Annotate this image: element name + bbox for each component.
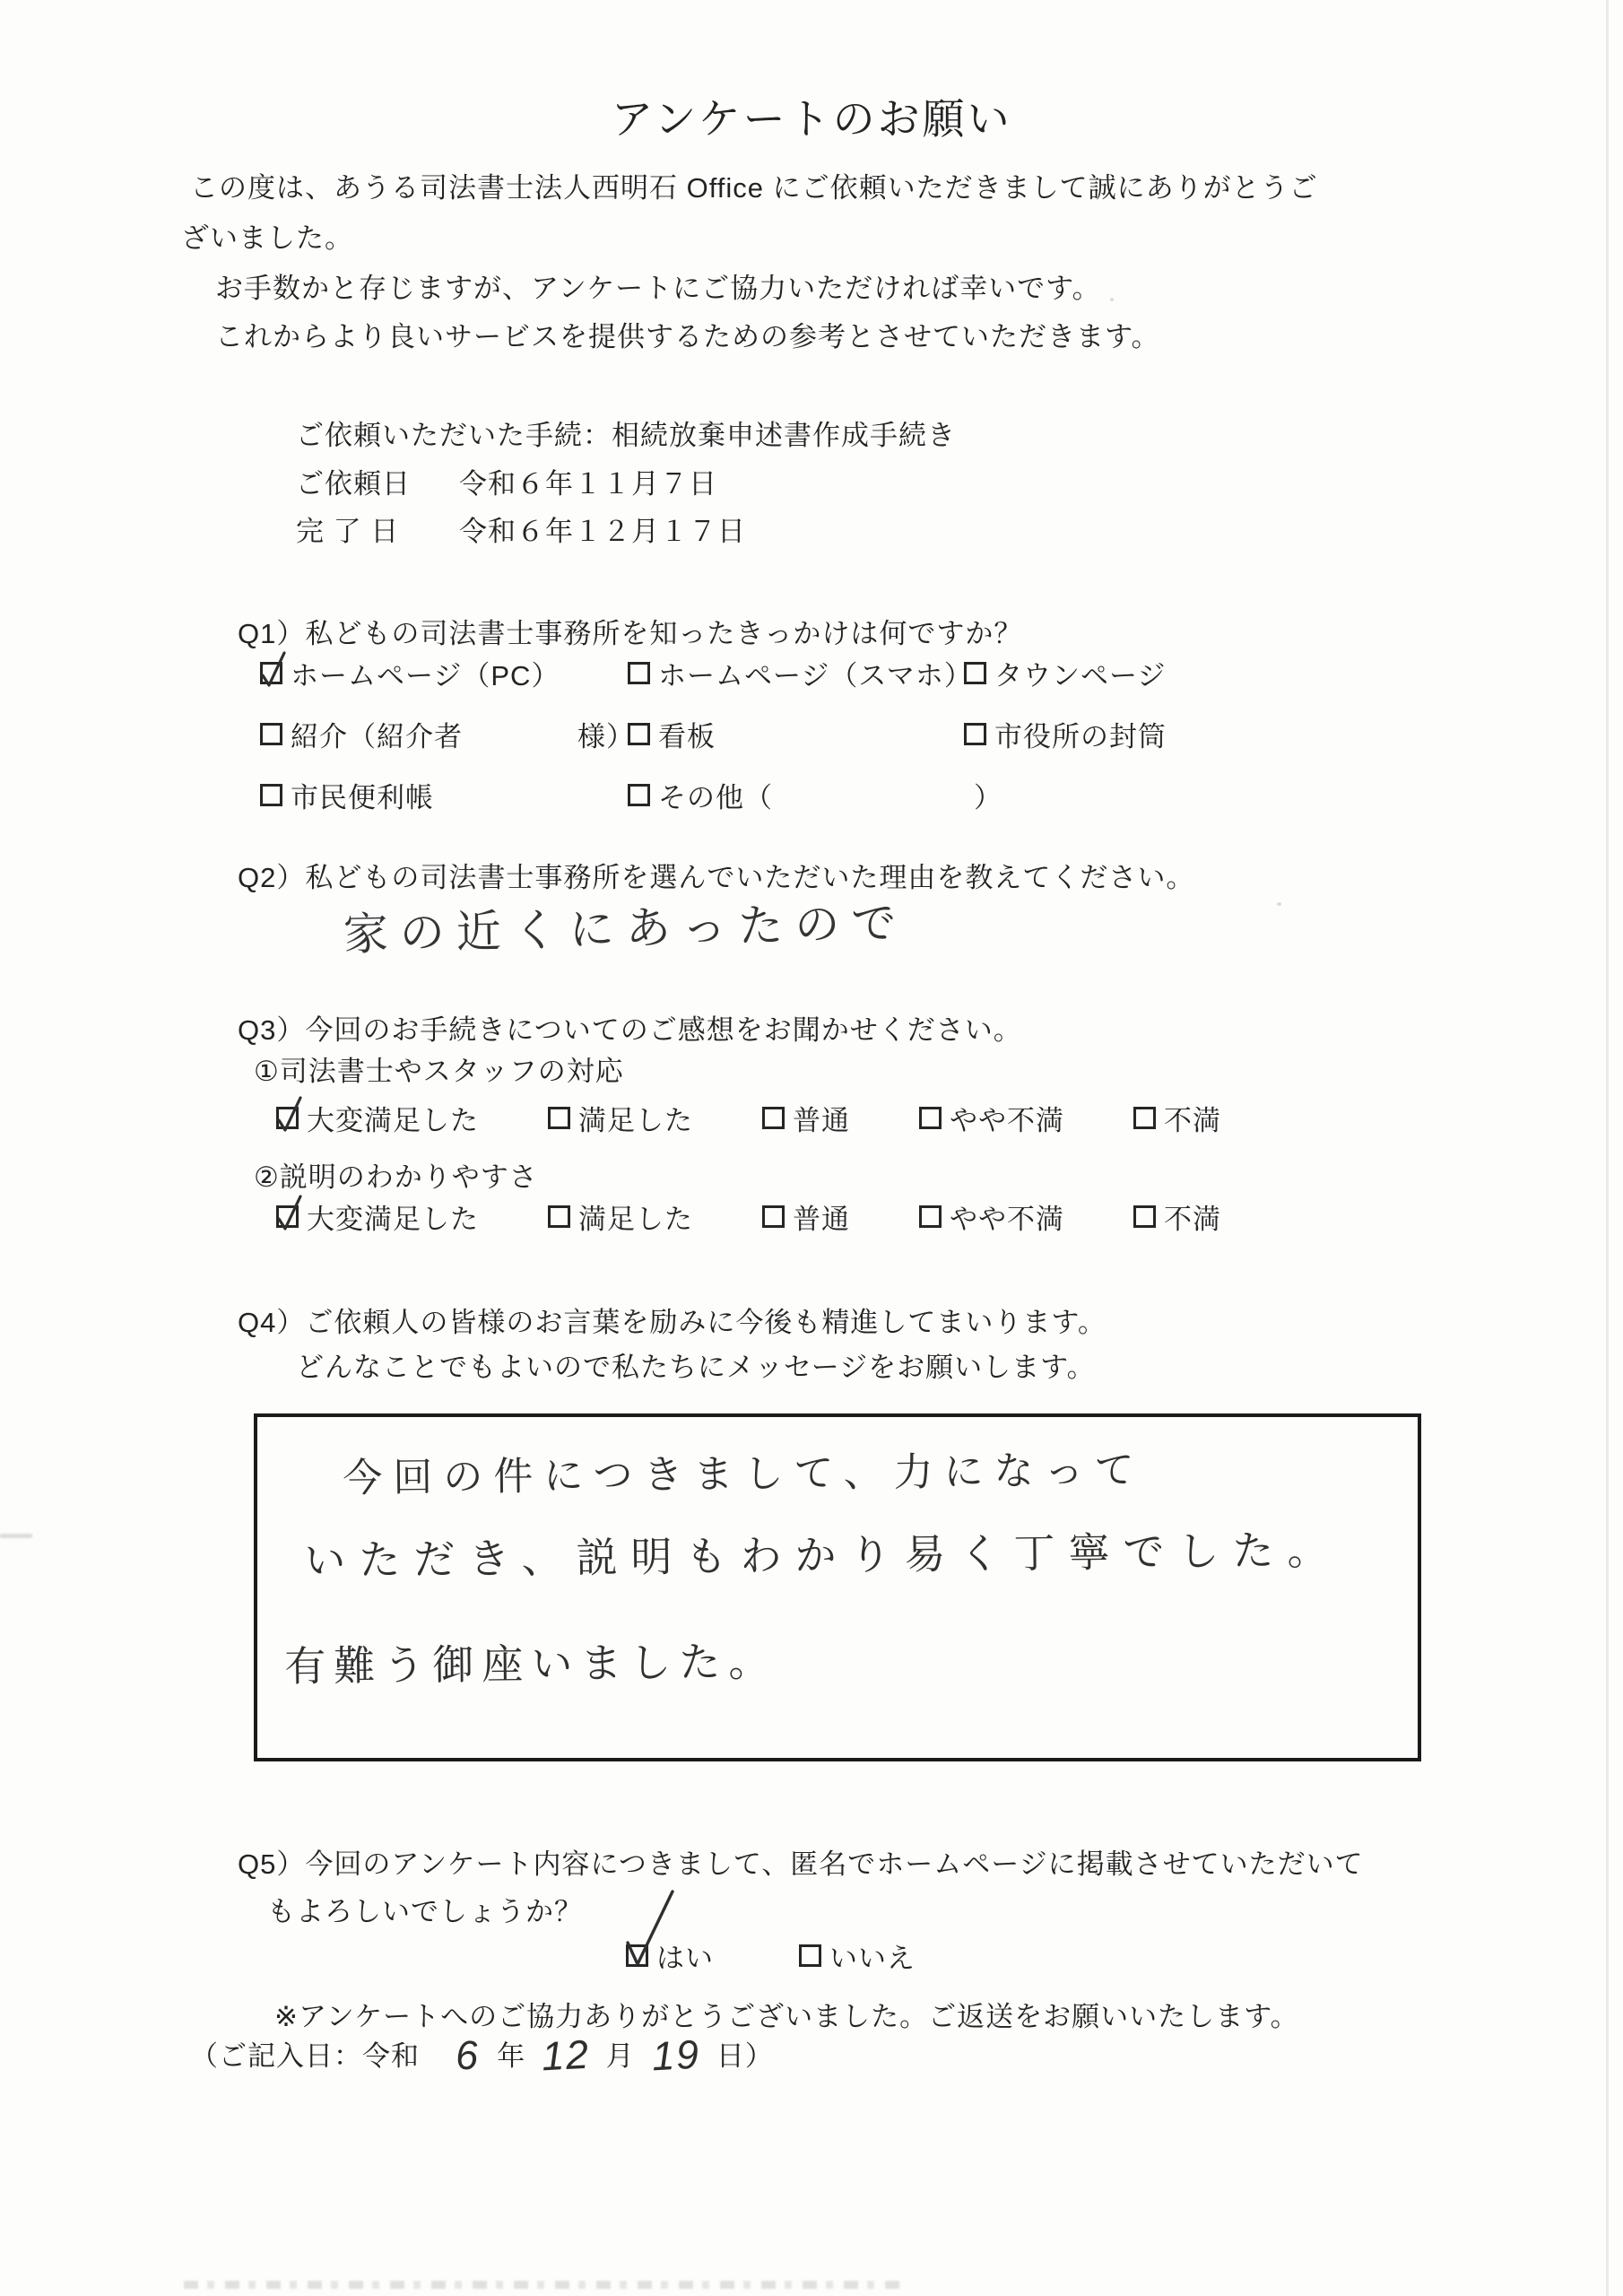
q3-sub1-option-very-satisfied: 大変満足した <box>276 1098 479 1138</box>
q3-sub1-option-satisfied: 満足した <box>548 1098 693 1138</box>
intro-line-1: この度は、あうる司法書士法人西明石 Office にご依頼いただきまして誠にあり… <box>190 165 1318 205</box>
q1-option-homepage-pc: ホームページ（PC） <box>260 653 628 693</box>
q1-option-signboard: 看板 <box>628 714 964 754</box>
entry-date-year-unit: 年 <box>497 2040 525 2072</box>
checkbox-signboard <box>628 723 650 745</box>
q3-sub2-option-somewhat-dissatisfied: やや不満 <box>919 1196 1064 1237</box>
page-title: アンケートのお願い <box>0 86 1623 146</box>
check-icon <box>258 649 291 691</box>
q1-option-label: 市民便利帳 <box>291 775 434 815</box>
q1-option-referral: 紹介（紹介者 様） <box>260 714 628 754</box>
q3-sub2-option-very-satisfied: 大変満足した <box>276 1196 479 1237</box>
checkbox-sub1-dissatisfied <box>1133 1107 1156 1129</box>
option-label: やや不満 <box>950 1098 1064 1138</box>
q1-option-cityhall-envelope: 市役所の封筒 <box>964 714 1453 754</box>
q3-sub2-options: 大変満足した 満足した 普通 やや不満 不満 <box>276 1196 1221 1237</box>
q2-heading: Q2）私どもの司法書士事務所を選んでいただいた理由を教えてください。 <box>238 855 1194 895</box>
q1-option-label: 紹介（紹介者 様） <box>291 714 635 754</box>
scan-speck <box>1277 902 1281 906</box>
entry-date-month-handwritten: 12 <box>541 2031 592 2081</box>
q3-sub1-option-dissatisfied: 不満 <box>1133 1098 1221 1138</box>
q1-option-other: その他（ ） <box>628 775 964 815</box>
intro-line-2: ざいました。 <box>181 215 353 256</box>
entry-date-month-unit: 月 <box>606 2040 635 2072</box>
request-date-row: ご依頼日 令和６年１１月７日 <box>296 461 717 501</box>
entry-date-line: （ご記入日：令和 6 年 12 月 19 日） <box>190 2032 774 2079</box>
checkbox-sub2-somewhat-dissatisfied <box>919 1205 942 1228</box>
checkbox-sub2-very-satisfied <box>276 1205 299 1228</box>
option-label: 大変満足した <box>307 1196 479 1237</box>
checkbox-no <box>799 1944 821 1967</box>
q1-option-label: 看板 <box>658 714 716 754</box>
checkbox-sub2-dissatisfied <box>1133 1205 1156 1228</box>
check-icon <box>274 1193 307 1234</box>
q1-option-label: ホームページ（PC） <box>291 653 560 693</box>
completion-date-label: 完 了 日 <box>296 509 421 549</box>
q2-handwritten-answer: 家の近くにあったので <box>343 887 908 963</box>
option-label: 大変満足した <box>307 1098 479 1138</box>
checkbox-cityhall-envelope <box>964 723 986 745</box>
q1-option-homepage-sp: ホームページ（スマホ） <box>628 653 964 693</box>
q3-sub1-option-normal: 普通 <box>762 1098 850 1138</box>
q4-message-line-3: 有難う御座いました。 <box>284 1629 778 1693</box>
option-label: 普通 <box>793 1196 850 1237</box>
q4-message-line-2: いただき、説明もわかり易く丁寧でした。 <box>304 1518 1342 1587</box>
checkbox-sub1-normal <box>762 1107 785 1129</box>
entry-date-prefix: （ご記入日：令和 <box>190 2040 420 2072</box>
q3-sub2-option-normal: 普通 <box>762 1196 850 1237</box>
check-icon <box>274 1094 307 1135</box>
intro-line-3: お手数かと存じますが、アンケートにご協力いただければ幸いです。 <box>215 265 1101 306</box>
option-label: 満足した <box>578 1196 693 1237</box>
q1-option-townpage: タウンページ <box>964 653 1453 693</box>
q3-sub1-option-somewhat-dissatisfied: やや不満 <box>919 1098 1064 1138</box>
checkbox-homepage-sp <box>628 662 650 684</box>
q4-message-box: 今回の件につきまして、力になって いただき、説明もわかり易く丁寧でした。 有難う… <box>254 1413 1421 1761</box>
q1-option-citizen-handbook: 市民便利帳 <box>260 775 628 815</box>
q4-heading-line-2: どんなことでもよいので私たちにメッセージをお願いします。 <box>296 1344 1096 1385</box>
entry-date-day-unit: 日） <box>716 2040 774 2072</box>
q3-sub2-option-dissatisfied: 不満 <box>1133 1196 1221 1237</box>
large-check-icon <box>617 1887 680 1970</box>
completion-date-row: 完 了 日 令和６年１２月１７日 <box>296 509 746 549</box>
q1-option-label: ホームページ（スマホ） <box>658 653 973 693</box>
scan-speck <box>1110 298 1114 301</box>
q1-option-label: その他（ ） <box>658 775 1002 815</box>
checkbox-sub2-satisfied <box>548 1205 570 1228</box>
q4-message-line-1: 今回の件につきまして、力になって <box>343 1438 1145 1503</box>
checkbox-referral <box>260 723 282 745</box>
scanned-survey-page: アンケートのお願い この度は、あうる司法書士法人西明石 Office にご依頼い… <box>0 0 1623 2296</box>
scan-bleedthrough-strip <box>184 2281 901 2289</box>
procedure-line: ご依頼いただいた手続：相続放棄申述書作成手続き <box>296 413 956 453</box>
option-label: やや不満 <box>950 1196 1064 1237</box>
q3-sub1-label: ①司法書士やスタッフの対応 <box>254 1048 624 1089</box>
scan-artifact-dash <box>0 1534 32 1538</box>
q1-option-label: 市役所の封筒 <box>994 714 1167 754</box>
request-date-label: ご依頼日 <box>296 461 421 501</box>
checkbox-other <box>628 784 650 806</box>
q1-options: ホームページ（PC） ホームページ（スマホ） タウンページ 紹介（紹介者 様） … <box>260 653 1453 815</box>
entry-date-day-handwritten: 19 <box>651 2031 702 2081</box>
option-label: 不満 <box>1164 1098 1221 1138</box>
checkbox-townpage <box>964 662 986 684</box>
q1-heading: Q1）私どもの司法書士事務所を知ったきっかけは何ですか？ <box>238 611 1022 651</box>
q5-option-no: いいえ <box>799 1935 916 1976</box>
checkbox-sub1-satisfied <box>548 1107 570 1129</box>
footer-note: ※アンケートへのご協力ありがとうございました。ご返送をお願いいたします。 <box>274 1994 1299 2034</box>
checkbox-sub1-very-satisfied <box>276 1107 299 1129</box>
checkbox-sub1-somewhat-dissatisfied <box>919 1107 942 1129</box>
q4-heading-line-1: Q4）ご依頼人の皆様のお言葉を励みに今後も精進してまいります。 <box>238 1300 1107 1340</box>
q1-option-label: タウンページ <box>994 653 1166 693</box>
q3-heading: Q3）今回のお手続きについてのご感想をお聞かせください。 <box>238 1007 1022 1048</box>
option-label: いいえ <box>829 1935 916 1976</box>
entry-date-year-handwritten: 6 <box>454 2031 481 2079</box>
q3-sub2-option-satisfied: 満足した <box>548 1196 693 1237</box>
checkbox-citizen-handbook <box>260 784 282 806</box>
request-date-value: 令和６年１１月７日 <box>459 461 717 501</box>
q3-sub2-label: ②説明のわかりやすさ <box>254 1154 538 1195</box>
q5-heading-line-1: Q5）今回のアンケート内容につきまして、匿名でホームページに掲載させていただいて <box>238 1841 1364 1882</box>
option-label: 普通 <box>793 1098 850 1138</box>
checkbox-homepage-pc <box>260 662 282 684</box>
q5-heading-line-2: もよろしいでしょうか？ <box>267 1889 583 1929</box>
completion-date-value: 令和６年１２月１７日 <box>459 509 746 549</box>
checkbox-sub2-normal <box>762 1205 785 1228</box>
intro-line-4: これからより良いサービスを提供するための参考とさせていただきます。 <box>215 314 1160 354</box>
option-label: 満足した <box>578 1098 693 1138</box>
option-label: 不満 <box>1164 1196 1221 1237</box>
scan-edge-line <box>1606 0 1609 2296</box>
q3-sub1-options: 大変満足した 満足した 普通 やや不満 不満 <box>276 1098 1221 1138</box>
